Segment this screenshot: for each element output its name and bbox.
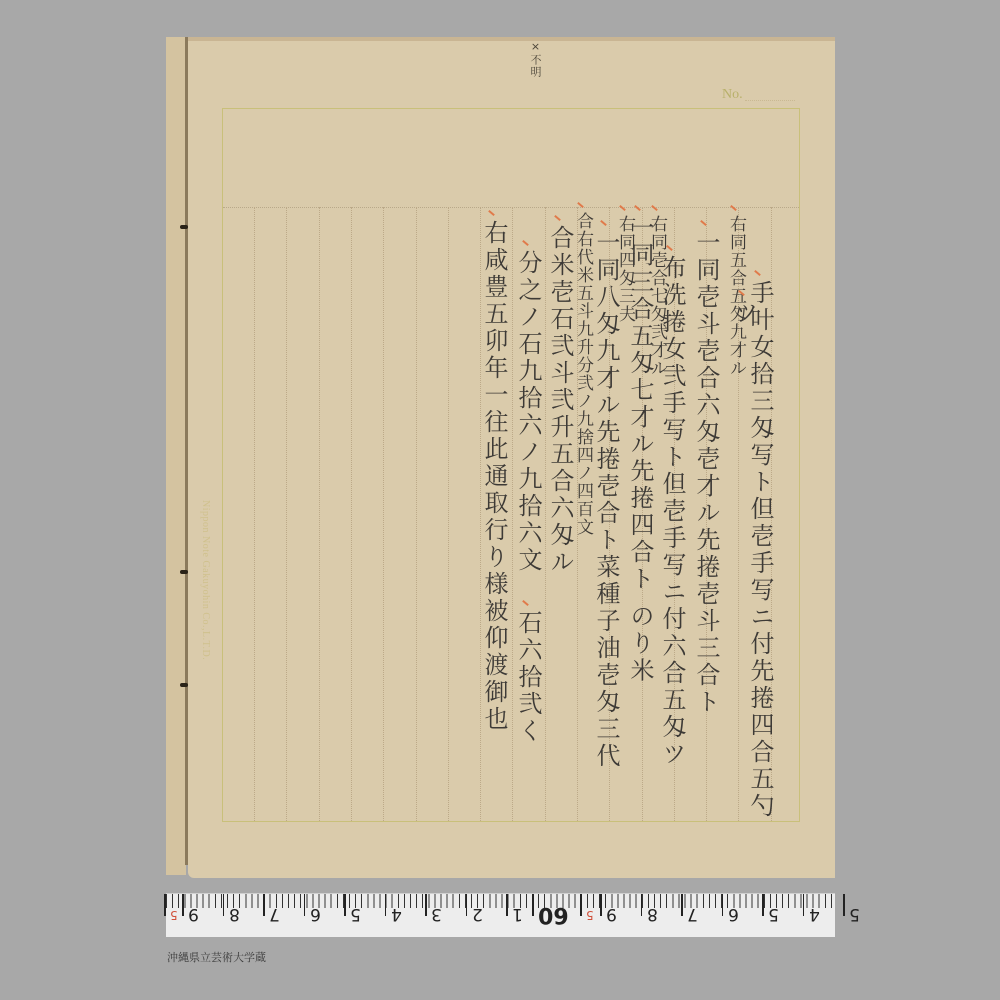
ruler-number: 6 [728,904,739,924]
handwritten-column: 合米壱石弐斗弐升五合六匁ル [548,225,572,576]
ruler-major-tick [762,894,764,916]
publisher-watermark: Nippon Note Gakuyohin Co.,L.T.D. [200,500,211,660]
ruler-major-tick [580,894,582,916]
ruler-number: 4 [391,904,402,924]
header-divider [223,207,799,208]
page-top-shadow [188,37,835,41]
handwritten-column: 分之ノ石九拾六ノ九拾六文 [516,250,540,574]
column-rule [512,207,513,821]
column-rule [383,207,384,821]
column-rule [254,207,255,821]
ruler-number: 7 [269,904,280,924]
handwritten-column: 合右代米五斗九升分弐ノ九捨四ノ四百文 [574,212,591,536]
handwritten-column: 一同壱斗壱合六匁壱才ル先捲壱斗三合ト [694,230,718,716]
handwritten-column: 手叶女拾三匁写ト但壱手写ニ付先捲四合五勺 [748,280,772,820]
ruler-major-tick [641,894,643,916]
ruler-major-tick [506,894,508,916]
ruler-number: 60 [538,902,569,927]
ruler-major-tick [385,894,387,916]
page-number-dotted-line [745,100,795,101]
handwritten-column: ツ [732,300,756,327]
previous-page-edge [166,37,186,875]
binding-hole-icon [180,683,188,687]
ruler-major-tick [164,894,166,916]
ruler-major-tick [532,894,534,916]
ruler-number: 5 [350,904,361,924]
binding-hole-icon [180,225,188,229]
ruler-major-tick [803,894,805,916]
measurement-ruler: 59876543216059876545 [166,893,835,937]
ruler-major-tick [600,894,602,916]
ruler-major-tick [223,894,225,916]
ruler-number: 9 [606,904,617,924]
ruler-number: 5 [768,904,779,924]
ruler-number: 8 [229,904,240,924]
ruler-number: 7 [687,904,698,924]
ruler-major-tick [843,894,845,916]
top-annotation: ×不明 [527,40,543,78]
ruler-number: 9 [188,904,199,924]
handwritten-column: 右同五合五匁九才ル [727,215,744,377]
ruler-number: 5 [586,908,594,922]
ruler-number: 8 [647,904,658,924]
binding-hole-icon [180,570,188,574]
page-number-label: No. [722,87,743,103]
handwritten-column: 右咸豊五卯年一往此通取行り様被仰渡御也 [482,220,506,733]
collection-credit: 沖縄県立芸術大学蔵 [167,949,266,965]
handwritten-column: 石六拾弐く [516,610,540,745]
handwritten-column: 一同八匁九才ル先捲壱合ト菜種子油壱匁三代 [594,230,618,770]
ruler-major-tick [304,894,306,916]
ruler-number: 3 [431,904,442,924]
column-rule [351,207,352,821]
ruler-major-tick [722,894,724,916]
ruler-number: 5 [849,904,860,924]
column-rule [286,207,287,821]
column-rule [448,207,449,821]
column-rule [319,207,320,821]
ruler-major-tick [344,894,346,916]
ruler-major-tick [182,894,184,916]
ruler-major-tick [466,894,468,916]
ruler-major-tick [263,894,265,916]
ruler-number: 5 [170,908,178,922]
ruler-number: 4 [809,904,820,924]
ruler-major-tick [681,894,683,916]
ruler-number: 2 [472,904,483,924]
ruler-major-tick [425,894,427,916]
ruler-number: 1 [512,904,523,924]
binding-spine [185,37,188,865]
column-rule [416,207,417,821]
ruler-number: 6 [310,904,321,924]
